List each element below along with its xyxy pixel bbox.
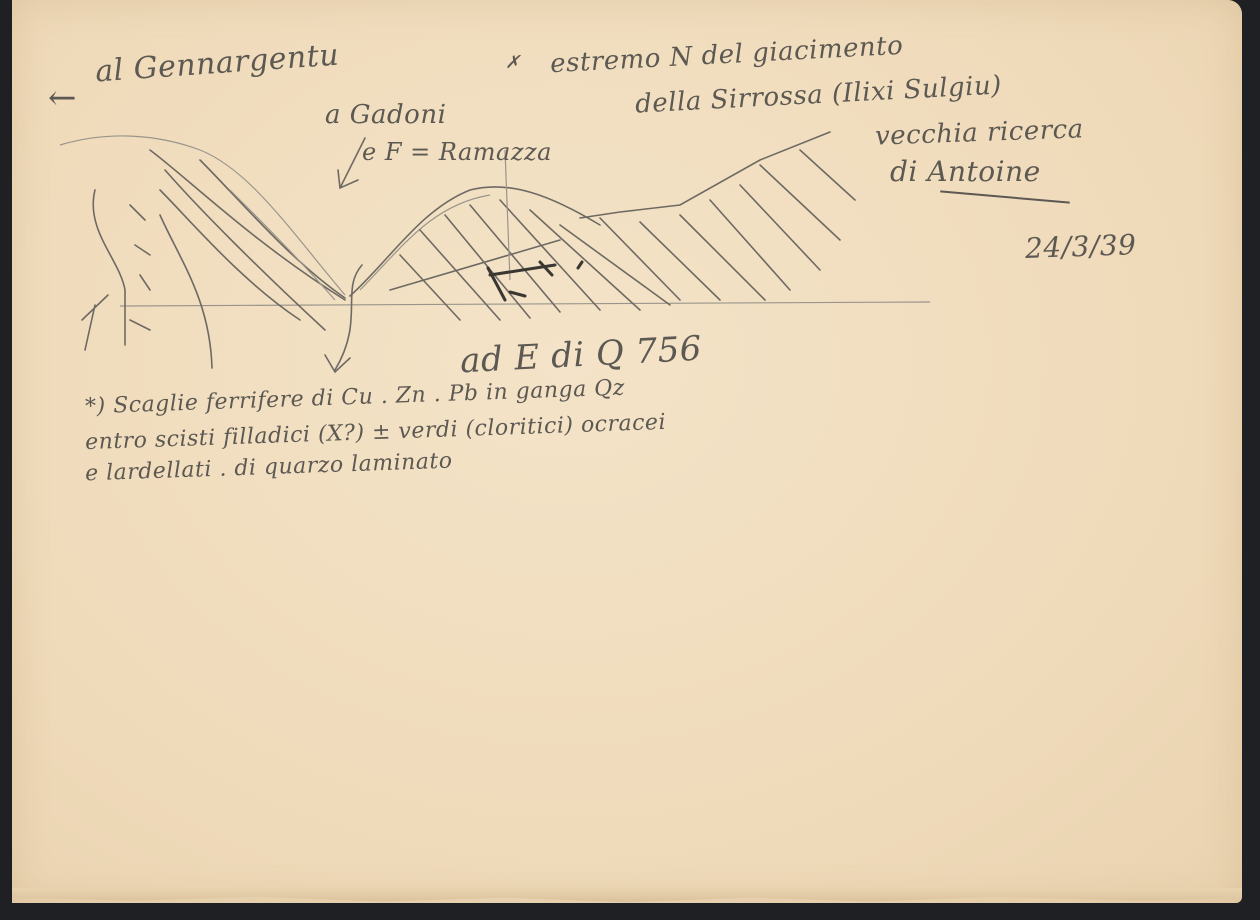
label-ramazza: e F = Ramazza	[362, 138, 552, 166]
arrow-left-icon: ←	[48, 78, 77, 118]
note-line-4: di Antoine	[890, 155, 1041, 188]
x-marker-left	[82, 295, 108, 350]
baseline	[120, 302, 930, 306]
arrow-gadoni	[338, 138, 365, 188]
label-gadoni: a Gadoni	[325, 100, 446, 130]
mine-symbol-icon	[488, 262, 582, 300]
date: 24/3/39	[1024, 228, 1137, 265]
arrow-down-valley	[325, 265, 362, 372]
star-marker-icon: ✗	[505, 52, 521, 73]
